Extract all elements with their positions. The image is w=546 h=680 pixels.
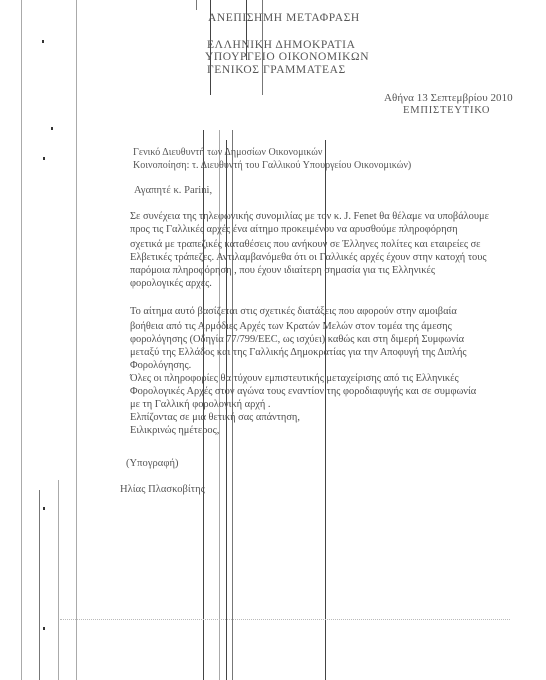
paragraph-2-line: φορολόγησης (Οδηγία 77/799/ΕΕC, ως ισχύε… <box>130 333 464 346</box>
closing-line: Ελπίζοντας σε μια θετική σας απάντηση, <box>130 411 300 424</box>
salutation: Αγαπητέ κ. Parini, <box>134 185 212 198</box>
paragraph-2-line: με τη Γαλλική φορολογική αρχή . <box>130 398 271 411</box>
unofficial-translation-label: ΑΝΕΠΙΣΗΜΗ ΜΕΤΑΦΡΑΣΗ <box>208 12 360 25</box>
paragraph-1-line: Ελβετικές τράπεζες. Αντιλαμβανόμεθα ότι … <box>130 251 486 264</box>
scan-speck <box>43 507 45 510</box>
paragraph-2-line: Φορολόγησης. <box>130 359 191 372</box>
paragraph-2-line: Φορολογικές Αρχές στον αγώνα τους εναντί… <box>130 385 476 398</box>
paragraph-1-line: προς τις Γαλλικές αρχές ένα αίτημο προκε… <box>130 223 458 236</box>
paragraph-1-line: σχετικά με τραπεζικές καταθέσεις που ανή… <box>130 238 481 251</box>
paragraph-1-line: παρόμοια πληροφόρηση , που έχουν ιδιαίτε… <box>130 264 435 277</box>
closing-line: Ειλικρινώς ημέτερος, <box>130 424 219 437</box>
place-date: Αθήνα 13 Σεπτεμβρίου 2010 <box>384 92 513 105</box>
paragraph-2-line: Όλες οι πληροφορίες θα τύχουν εμπιστευτι… <box>130 372 459 385</box>
republic-heading: ΕΛΛΗΝΙΚΗ ΔΗΜΟΚΡΑΤΙΑ <box>207 39 355 52</box>
scan-speck <box>42 40 44 43</box>
scan-streak <box>21 0 22 680</box>
paragraph-1-line: φορολογικές αρχές. <box>130 277 212 290</box>
signature-placeholder: (Υπογραφή) <box>126 458 179 471</box>
scanned-letter-page: ΑΝΕΠΙΣΗΜΗ ΜΕΤΑΦΡΑΣΗ ΕΛΛΗΝΙΚΗ ΔΗΜΟΚΡΑΤΙΑ … <box>0 0 546 680</box>
scan-streak <box>76 0 77 680</box>
scan-dotted-line <box>60 619 510 620</box>
classification-label: ΕΜΠΙΣΤΕΥΤΙΚΟ <box>403 105 490 118</box>
scan-speck <box>43 157 45 160</box>
paragraph-2-line: Το αίτημα αυτό βασίζεται στις σχετικές δ… <box>130 305 457 318</box>
secretary-heading: ΓΕΝΙΚΟΣ ΓΡΑΜΜΑΤΕΑΣ <box>207 64 346 77</box>
scan-streak <box>39 490 40 680</box>
scan-speck <box>43 627 45 630</box>
recipient-line: Κοινοποίηση: τ. Διευθυντή του Γαλλικού Υ… <box>133 160 411 173</box>
paragraph-2-line: βοήθεια από τις Αρμόδιες Αρχές των Κρατώ… <box>130 320 452 333</box>
scan-streak <box>58 480 59 680</box>
recipient-line: Γενικό Διευθυντή των Δημοσίων Οικονομικώ… <box>133 147 322 160</box>
signatory-name: Ηλίας Πλασκοβίτης <box>120 484 205 497</box>
ministry-heading: ΥΠΟΥΡΓΕΙΟ ΟΙΚΟΝΟΜΙΚΩΝ <box>205 51 369 64</box>
paragraph-1-line: Σε συνέχεια της τηλεφωνικής συνομιλίας μ… <box>130 210 489 223</box>
paragraph-2-line: μεταξύ της Ελλάδος και της Γαλλικής Δημο… <box>130 346 467 359</box>
scan-streak <box>196 0 197 10</box>
scan-speck <box>51 127 53 130</box>
